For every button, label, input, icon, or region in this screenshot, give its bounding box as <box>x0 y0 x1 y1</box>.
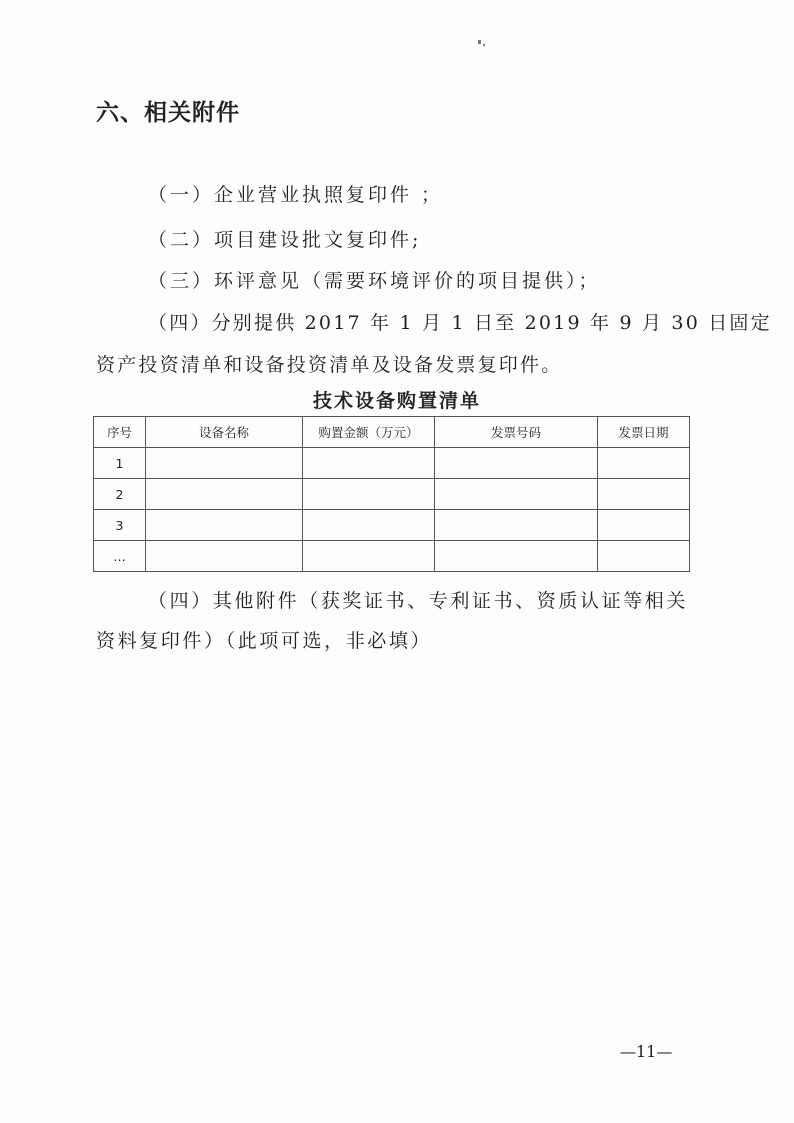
page-number: —11— <box>620 1042 672 1061</box>
cell-seq: 2 <box>94 479 146 510</box>
table-row: 3 <box>94 510 690 541</box>
column-header-invoice-number: 发票号码 <box>435 417 598 448</box>
cell-invoice-number[interactable] <box>435 510 598 541</box>
attachment-item-2: （二）项目建设批文复印件; <box>148 225 421 252</box>
cell-amount[interactable] <box>303 479 435 510</box>
cell-invoice-date[interactable] <box>598 510 690 541</box>
attachment-item-4-line-2: 资产投资清单和设备投资清单及设备发票复印件。 <box>96 350 562 377</box>
other-attachments-line-2: 资料复印件）（此项可选，非必填） <box>96 626 432 653</box>
cell-invoice-number[interactable] <box>435 541 598 572</box>
cell-invoice-date[interactable] <box>598 479 690 510</box>
cell-invoice-date[interactable] <box>598 541 690 572</box>
cell-amount[interactable] <box>303 510 435 541</box>
column-header-amount: 购置金额（万元） <box>303 417 435 448</box>
column-header-equipment-name: 设备名称 <box>146 417 303 448</box>
cell-invoice-number[interactable] <box>435 448 598 479</box>
section-heading: 六、相关附件 <box>96 94 240 127</box>
table-row: … <box>94 541 690 572</box>
cell-seq: 1 <box>94 448 146 479</box>
scan-speck <box>478 40 481 44</box>
other-attachments-line-1: （四）其他附件（获奖证书、专利证书、资质认证等相关 <box>148 586 688 613</box>
equipment-purchase-table: 序号 设备名称 购置金额（万元） 发票号码 发票日期 1 2 <box>93 416 690 572</box>
table-row: 2 <box>94 479 690 510</box>
table-title: 技术设备购置清单 <box>0 386 794 413</box>
cell-amount[interactable] <box>303 448 435 479</box>
cell-invoice-date[interactable] <box>598 448 690 479</box>
document-page: 六、相关附件 （一）企业营业执照复印件 ； （二）项目建设批文复印件; （三）环… <box>0 0 794 1123</box>
cell-equipment-name[interactable] <box>146 510 303 541</box>
cell-seq: … <box>94 541 146 572</box>
cell-invoice-number[interactable] <box>435 479 598 510</box>
cell-equipment-name[interactable] <box>146 541 303 572</box>
column-header-invoice-date: 发票日期 <box>598 417 690 448</box>
cell-equipment-name[interactable] <box>146 448 303 479</box>
cell-equipment-name[interactable] <box>146 479 303 510</box>
table-row: 1 <box>94 448 690 479</box>
cell-amount[interactable] <box>303 541 435 572</box>
column-header-seq: 序号 <box>94 417 146 448</box>
attachment-item-1: （一）企业营业执照复印件 ； <box>148 180 443 207</box>
table-header-row: 序号 设备名称 购置金额（万元） 发票号码 发票日期 <box>94 417 690 448</box>
cell-seq: 3 <box>94 510 146 541</box>
attachment-item-4-line-1: （四）分别提供 2017 年 1 月 1 日至 2019 年 9 月 30 日固… <box>148 308 772 335</box>
attachment-item-3: （三）环评意见（需要环境评价的项目提供）； <box>148 266 601 293</box>
scan-speck <box>483 44 485 46</box>
